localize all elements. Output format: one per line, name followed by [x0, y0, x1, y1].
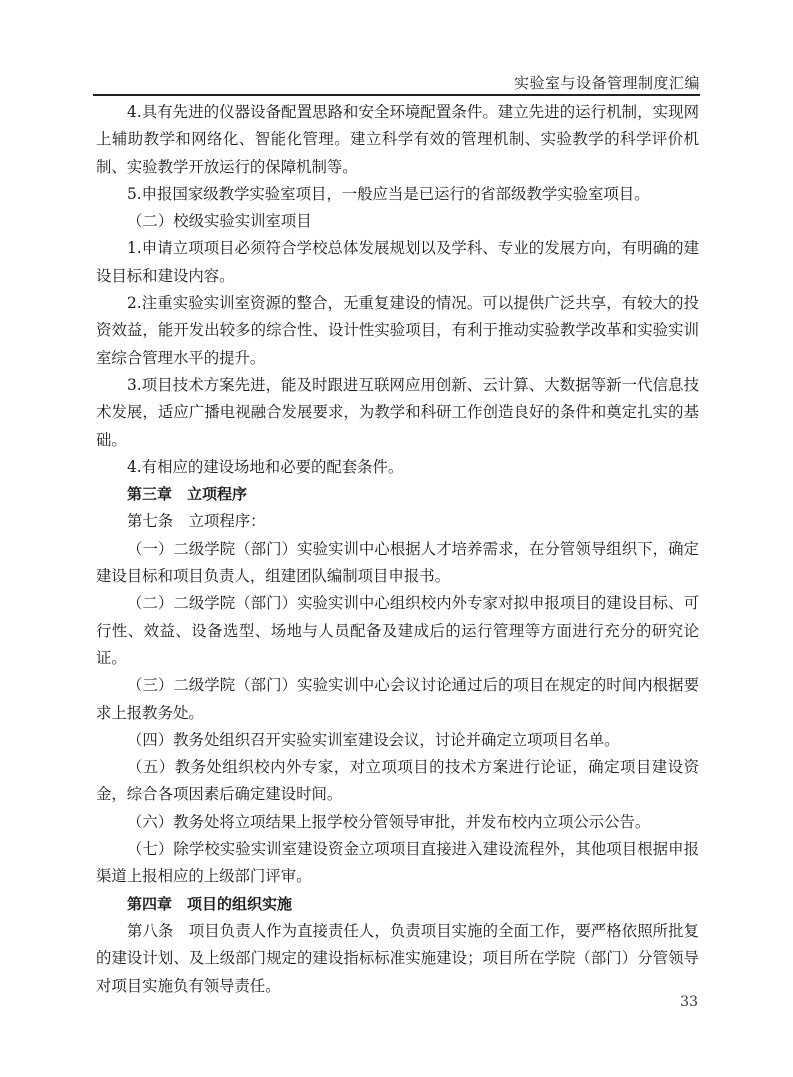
- article-7-title: 第七条 立项程序：: [96, 508, 699, 535]
- procedure-step-5: （五）教务处组织校内外专家，对立项项目的技术方案进行论证，确定项目建设资金，综合…: [96, 754, 699, 809]
- chapter-heading-4: 第四章 项目的组织实施: [96, 891, 699, 918]
- subsection-title-school-level: （二）校级实验实训室项目: [96, 208, 699, 235]
- procedure-step-1: （一）二级学院（部门）实验实训中心根据人才培养需求，在分管领导组织下，确定建设目…: [96, 536, 699, 591]
- paragraph-item-4-site: 4.有相应的建设场地和必要的配套条件。: [96, 454, 699, 481]
- procedure-step-7: （七）除学校实验实训室建设资金立项项目直接进入建设流程外，其他项目根据申报渠道上…: [96, 836, 699, 891]
- paragraph-item-1-planning: 1.申请立项项目必须符合学校总体发展规划以及学科、专业的发展方向，有明确的建设目…: [96, 235, 699, 290]
- procedure-step-2: （二）二级学院（部门）实验实训中心组织校内外专家对拟申报项目的建设目标、可行性、…: [96, 590, 699, 672]
- procedure-step-3: （三）二级学院（部门）实验实训中心会议讨论通过后的项目在规定的时间内根据要求上报…: [96, 672, 699, 727]
- chapter-heading-3: 第三章 立项程序: [96, 481, 699, 508]
- page-body: 4.具有先进的仪器设备配置思路和安全环境配置条件。建立先进的运行机制，实现网上辅…: [96, 99, 699, 1000]
- running-header: 实验室与设备管理制度汇编: [93, 72, 700, 93]
- header-rule: [93, 94, 700, 96]
- procedure-step-6: （六）教务处将立项结果上报学校分管领导审批，并发布校内立项公示公告。: [96, 809, 699, 836]
- paragraph-item-2-resources: 2.注重实验实训室资源的整合，无重复建设的情况。可以提供广泛共享，有较大的投资效…: [96, 290, 699, 372]
- procedure-step-4: （四）教务处组织召开实验实训室建设会议，讨论并确定立项项目名单。: [96, 727, 699, 754]
- paragraph-item-5-national-lab: 5.申报国家级教学实验室项目，一般应当是已运行的省部级教学实验室项目。: [96, 181, 699, 208]
- page-number: 33: [640, 994, 698, 1010]
- paragraph-item-3-technology: 3.项目技术方案先进，能及时跟进互联网应用创新、云计算、大数据等新一代信息技术发…: [96, 372, 699, 454]
- paragraph-item-4-advanced-config: 4.具有先进的仪器设备配置思路和安全环境配置条件。建立先进的运行机制，实现网上辅…: [96, 99, 699, 181]
- article-8-text: 第八条 项目负责人作为直接责任人，负责项目实施的全面工作，要严格依照所批复的建设…: [96, 918, 699, 1000]
